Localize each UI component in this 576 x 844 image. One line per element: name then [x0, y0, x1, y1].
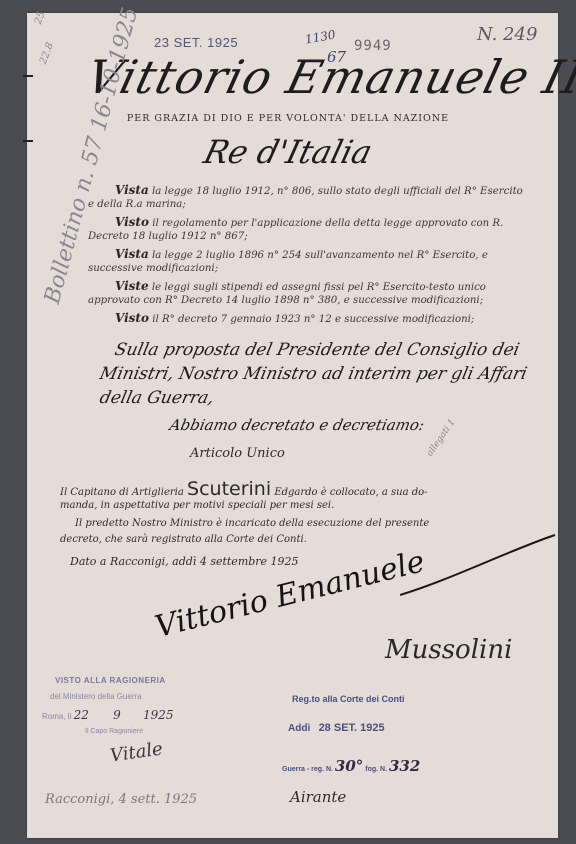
ragioneria-stamp-line-1: VISTO ALLA RAGIONERIA	[55, 676, 166, 685]
preamble-line-3: Vista la legge 2 luglio 1896 n° 254 sull…	[115, 247, 488, 261]
binding-mark-top	[23, 75, 33, 77]
preamble-line-1: Vista la legge 18 luglio 1912, n° 806, s…	[115, 183, 523, 197]
article-line-1: Il Capitano di Artiglieria Scuterini Edg…	[60, 478, 428, 500]
signature-flourish	[400, 530, 560, 600]
article-line-2: manda, in aspettativa per motivi special…	[60, 500, 334, 511]
ragioneria-stamp-line-2: del Ministero della Guerra	[50, 692, 142, 701]
ragioneria-stamp-date: Roma, li 22 9 1925	[42, 708, 174, 722]
proposal-line-1: Sulla proposta del Presidente del Consig…	[113, 340, 521, 360]
decree-title: Vittorio Emanuele III	[81, 50, 576, 104]
proposal-line-2: Ministri, Nostro Ministro ad interim per…	[98, 364, 529, 384]
preamble-line-5: Visto il R° decreto 7 gennaio 1923 n° 12…	[115, 311, 474, 325]
received-date-stamp: 23 SET. 1925	[154, 35, 238, 50]
preamble-line-4-cont: approvato con R° Decreto 14 luglio 1898 …	[88, 295, 483, 306]
article-line-4: decreto, che sarà registrato alla Corte …	[60, 534, 307, 545]
preamble-line-2-cont: Decreto 18 luglio 1912 n° 867;	[88, 231, 248, 242]
article-heading: Articolo Unico	[190, 446, 285, 461]
corte-conti-stamp-date: Addì 28 SET. 1925	[288, 722, 385, 734]
enactment-formula: Abbiamo decretato e decretiamo:	[168, 416, 426, 434]
preamble-line-1-cont: e della R.a marina;	[88, 199, 186, 210]
corte-conti-signature: Airante	[290, 788, 346, 806]
bottom-pencil-note: Racconigi, 4 sett. 1925	[45, 792, 197, 807]
date-place-line: Dato a Racconigi, addì 4 settembre 1925	[70, 555, 299, 568]
ragioneria-stamp-line-4: Il Capo Ragioniere	[85, 728, 143, 735]
preamble-line-4: Viste le leggi sugli stipendi ed assegni…	[115, 279, 486, 293]
handwritten-number: N. 249	[477, 24, 537, 45]
article-line-3: Il predetto Nostro Ministro è incaricato…	[75, 518, 429, 529]
preamble-line-2: Visto il regolamento per l'applicazione …	[115, 215, 503, 229]
preamble-line-3-cont: successive modificazioni;	[88, 263, 218, 274]
officer-surname: Scuterini	[187, 478, 271, 500]
minister-signature: Mussolini	[385, 635, 512, 665]
corte-conti-stamp-line-1: Reg.to alla Corte dei Conti	[292, 694, 405, 704]
proposal-line-3: della Guerra,	[98, 388, 216, 408]
corte-conti-stamp-register: Guerra - reg. N. 30° fog. N. 332	[282, 757, 420, 775]
